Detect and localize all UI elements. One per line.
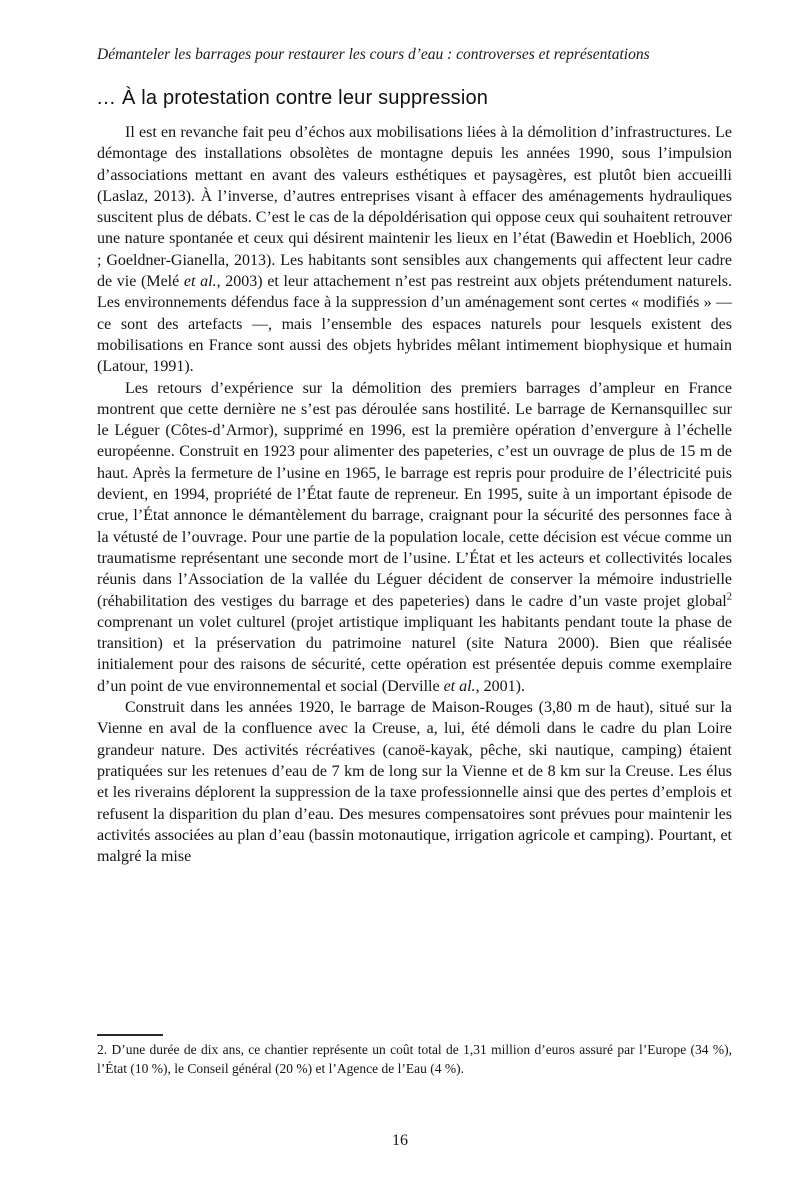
running-head: Démanteler les barrages pour restaurer l…: [97, 45, 737, 64]
paragraph: Les retours d’expérience sur la démoliti…: [97, 378, 732, 697]
text-run: et al.: [184, 273, 217, 290]
document-page: Démanteler les barrages pour restaurer l…: [0, 0, 800, 1200]
paragraph: Il est en revanche fait peu d’échos aux …: [97, 122, 732, 378]
paragraph: Construit dans les années 1920, le barra…: [97, 697, 732, 867]
section-heading: … À la protestation contre leur suppress…: [96, 86, 488, 110]
text-run: Les retours d’expérience sur la démoliti…: [97, 380, 732, 610]
footnote-text: 2. D’une durée de dix ans, ce chantier r…: [97, 1041, 732, 1078]
text-run: , 2001).: [476, 678, 525, 695]
text-run: et al.: [444, 678, 476, 695]
text-run: comprenant un volet culturel (projet art…: [97, 614, 732, 695]
text-run: Construit dans les années 1920, le barra…: [97, 699, 732, 865]
footnote-block: 2. D’une durée de dix ans, ce chantier r…: [97, 1034, 732, 1078]
text-run: Il est en revanche fait peu d’échos aux …: [97, 124, 732, 290]
footnote-marker: 2: [727, 591, 732, 602]
page-number: 16: [0, 1132, 800, 1150]
body-paragraphs: Il est en revanche fait peu d’échos aux …: [97, 122, 732, 867]
footnote-separator-rule: [97, 1034, 163, 1036]
